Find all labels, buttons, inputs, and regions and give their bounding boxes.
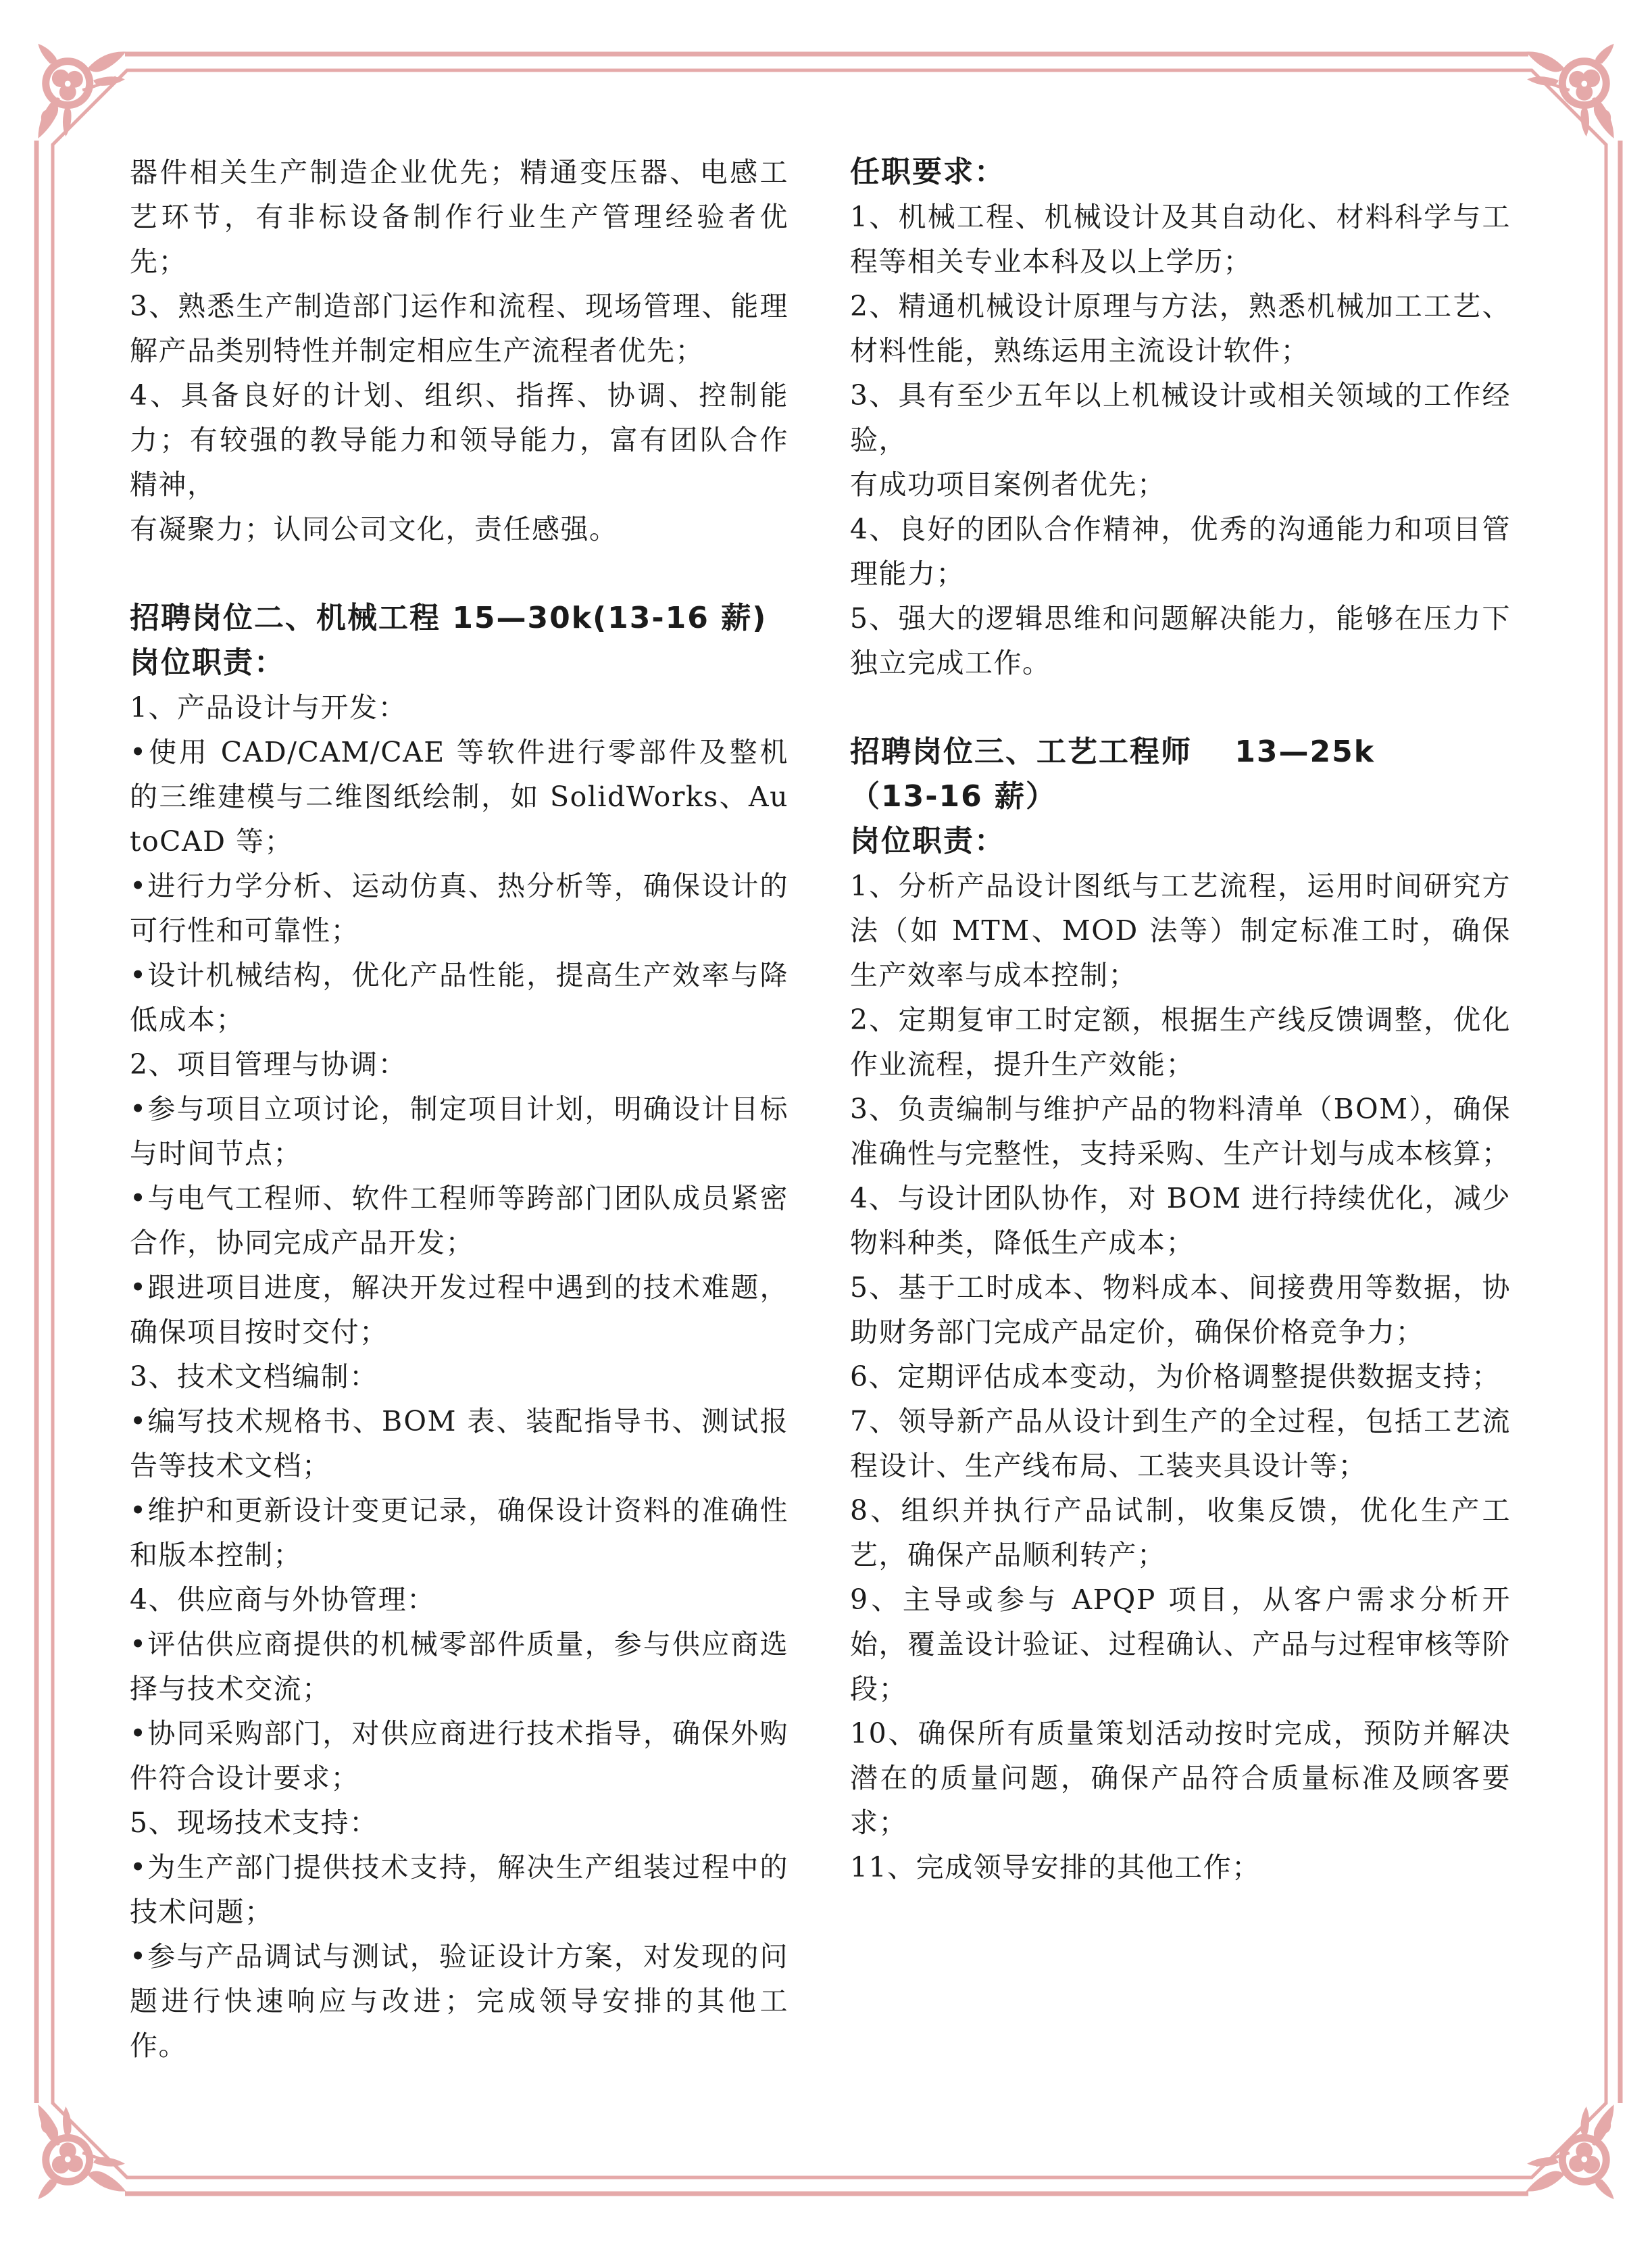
paragraph: 9、主导或参与 APQP 项目，从客户需求分析开始，覆盖设计验证、过程确认、产品…	[850, 1577, 1511, 1711]
paragraph: •维护和更新设计变更记录，确保设计资料的准确性和版本控制；	[130, 1488, 789, 1577]
paragraph: 3、技术文档编制：	[130, 1354, 789, 1399]
paragraph: •参与项目立项讨论，制定项目计划，明确设计目标与时间节点；	[130, 1087, 789, 1176]
paragraph: •与电气工程师、软件工程师等跨部门团队成员紧密合作，协同完成产品开发；	[130, 1176, 789, 1265]
paragraph: 2、项目管理与协调：	[130, 1042, 789, 1087]
paragraph: （13-16 薪）	[850, 774, 1511, 819]
paragraph: 4、良好的团队合作精神，优秀的沟通能力和项目管理能力；	[850, 507, 1511, 596]
rose-corner-ornament-icon	[1526, 44, 1614, 139]
paragraph: •设计机械结构，优化产品性能，提高生产效率与降低成本；	[130, 953, 789, 1042]
paragraph: 4、供应商与外协管理：	[130, 1577, 789, 1622]
paragraph: 5、基于工时成本、物料成本、间接费用等数据，协助财务部门完成产品定价，确保价格竞…	[850, 1265, 1511, 1354]
paragraph: •跟进项目进度，解决开发过程中遇到的技术难题，确保项目按时交付；	[130, 1265, 789, 1354]
paragraph: 招聘岗位三、工艺工程师 13—25k	[850, 730, 1511, 774]
paragraph: 1、分析产品设计图纸与工艺流程，运用时间研究方法（如 MTM、MOD 法等）制定…	[850, 864, 1511, 997]
paragraph: •参与产品调试与测试，验证设计方案，对发现的问题进行快速响应与改进；完成领导安排…	[130, 1934, 789, 2068]
paragraph: 岗位职责：	[130, 641, 789, 685]
paragraph: 7、领导新产品从设计到生产的全过程，包括工艺流程设计、生产线布局、工装夹具设计等…	[850, 1399, 1511, 1488]
paragraph: 3、具有至少五年以上机械设计或相关领域的工作经验，	[850, 373, 1511, 462]
paragraph: 3、负责编制与维护产品的物料清单（BOM），确保准确性与完整性，支持采购、生产计…	[850, 1087, 1511, 1176]
paragraph: 有成功项目案例者优先；	[850, 462, 1511, 507]
paragraph: 10、确保所有质量策划活动按时完成，预防并解决潜在的质量问题，确保产品符合质量标…	[850, 1711, 1511, 1845]
paragraph: •协同采购部门，对供应商进行技术指导，确保外购件符合设计要求；	[130, 1711, 789, 1800]
paragraph: 任职要求：	[850, 150, 1511, 195]
paragraph: •评估供应商提供的机械零部件质量，参与供应商选择与技术交流；	[130, 1622, 789, 1711]
paragraph: •进行力学分析、运动仿真、热分析等，确保设计的可行性和可靠性；	[130, 864, 789, 953]
paragraph: 11、完成领导安排的其他工作；	[850, 1845, 1511, 1890]
paragraph: 招聘岗位二、机械工程 15—30k(13-16 薪)	[130, 596, 789, 641]
paragraph: 5、强大的逻辑思维和问题解决能力，能够在压力下独立完成工作。	[850, 596, 1511, 685]
paragraph: 岗位职责：	[850, 819, 1511, 864]
paragraph: 3、熟悉生产制造部门运作和流程、现场管理、能理解产品类别特性并制定相应生产流程者…	[130, 284, 789, 373]
rose-corner-ornament-icon	[38, 2104, 126, 2199]
paragraph: 5、现场技术支持：	[130, 1800, 789, 1845]
paragraph: 2、精通机械设计原理与方法，熟悉机械加工工艺、材料性能，熟练运用主流设计软件；	[850, 284, 1511, 373]
paragraph: 6、定期评估成本变动，为价格调整提供数据支持；	[850, 1354, 1511, 1399]
paragraph: 4、具备良好的计划、组织、指挥、协调、控制能力；有较强的教导能力和领导能力，富有…	[130, 373, 789, 507]
rose-corner-ornament-icon	[38, 44, 126, 139]
rose-corner-ornament-icon	[1526, 2104, 1614, 2199]
paragraph: 有凝聚力；认同公司文化，责任感强。	[130, 507, 789, 551]
paragraph: 1、机械工程、机械设计及其自动化、材料科学与工程等相关专业本科及以上学历；	[850, 195, 1511, 284]
paragraph: 器件相关生产制造企业优先；精通变压器、电感工艺环节，有非标设备制作行业生产管理经…	[130, 150, 789, 284]
paragraph: •为生产部门提供技术支持，解决生产组装过程中的技术问题；	[130, 1845, 789, 1934]
right-column: 任职要求：1、机械工程、机械设计及其自动化、材料科学与工程等相关专业本科及以上学…	[850, 150, 1511, 1890]
paragraph: 1、产品设计与开发：	[130, 685, 789, 730]
paragraph: 4、与设计团队协作，对 BOM 进行持续优化，减少物料种类，降低生产成本；	[850, 1176, 1511, 1265]
paragraph: 2、定期复审工时定额，根据生产线反馈调整，优化作业流程，提升生产效能；	[850, 997, 1511, 1087]
paragraph: 8、组织并执行产品试制，收集反馈，优化生产工艺，确保产品顺利转产；	[850, 1488, 1511, 1577]
paragraph: •使用 CAD/CAM/CAE 等软件进行零部件及整机的三维建模与二维图纸绘制，…	[130, 730, 789, 864]
left-column: 器件相关生产制造企业优先；精通变压器、电感工艺环节，有非标设备制作行业生产管理经…	[130, 150, 789, 2068]
paragraph: •编写技术规格书、BOM 表、装配指导书、测试报告等技术文档；	[130, 1399, 789, 1488]
